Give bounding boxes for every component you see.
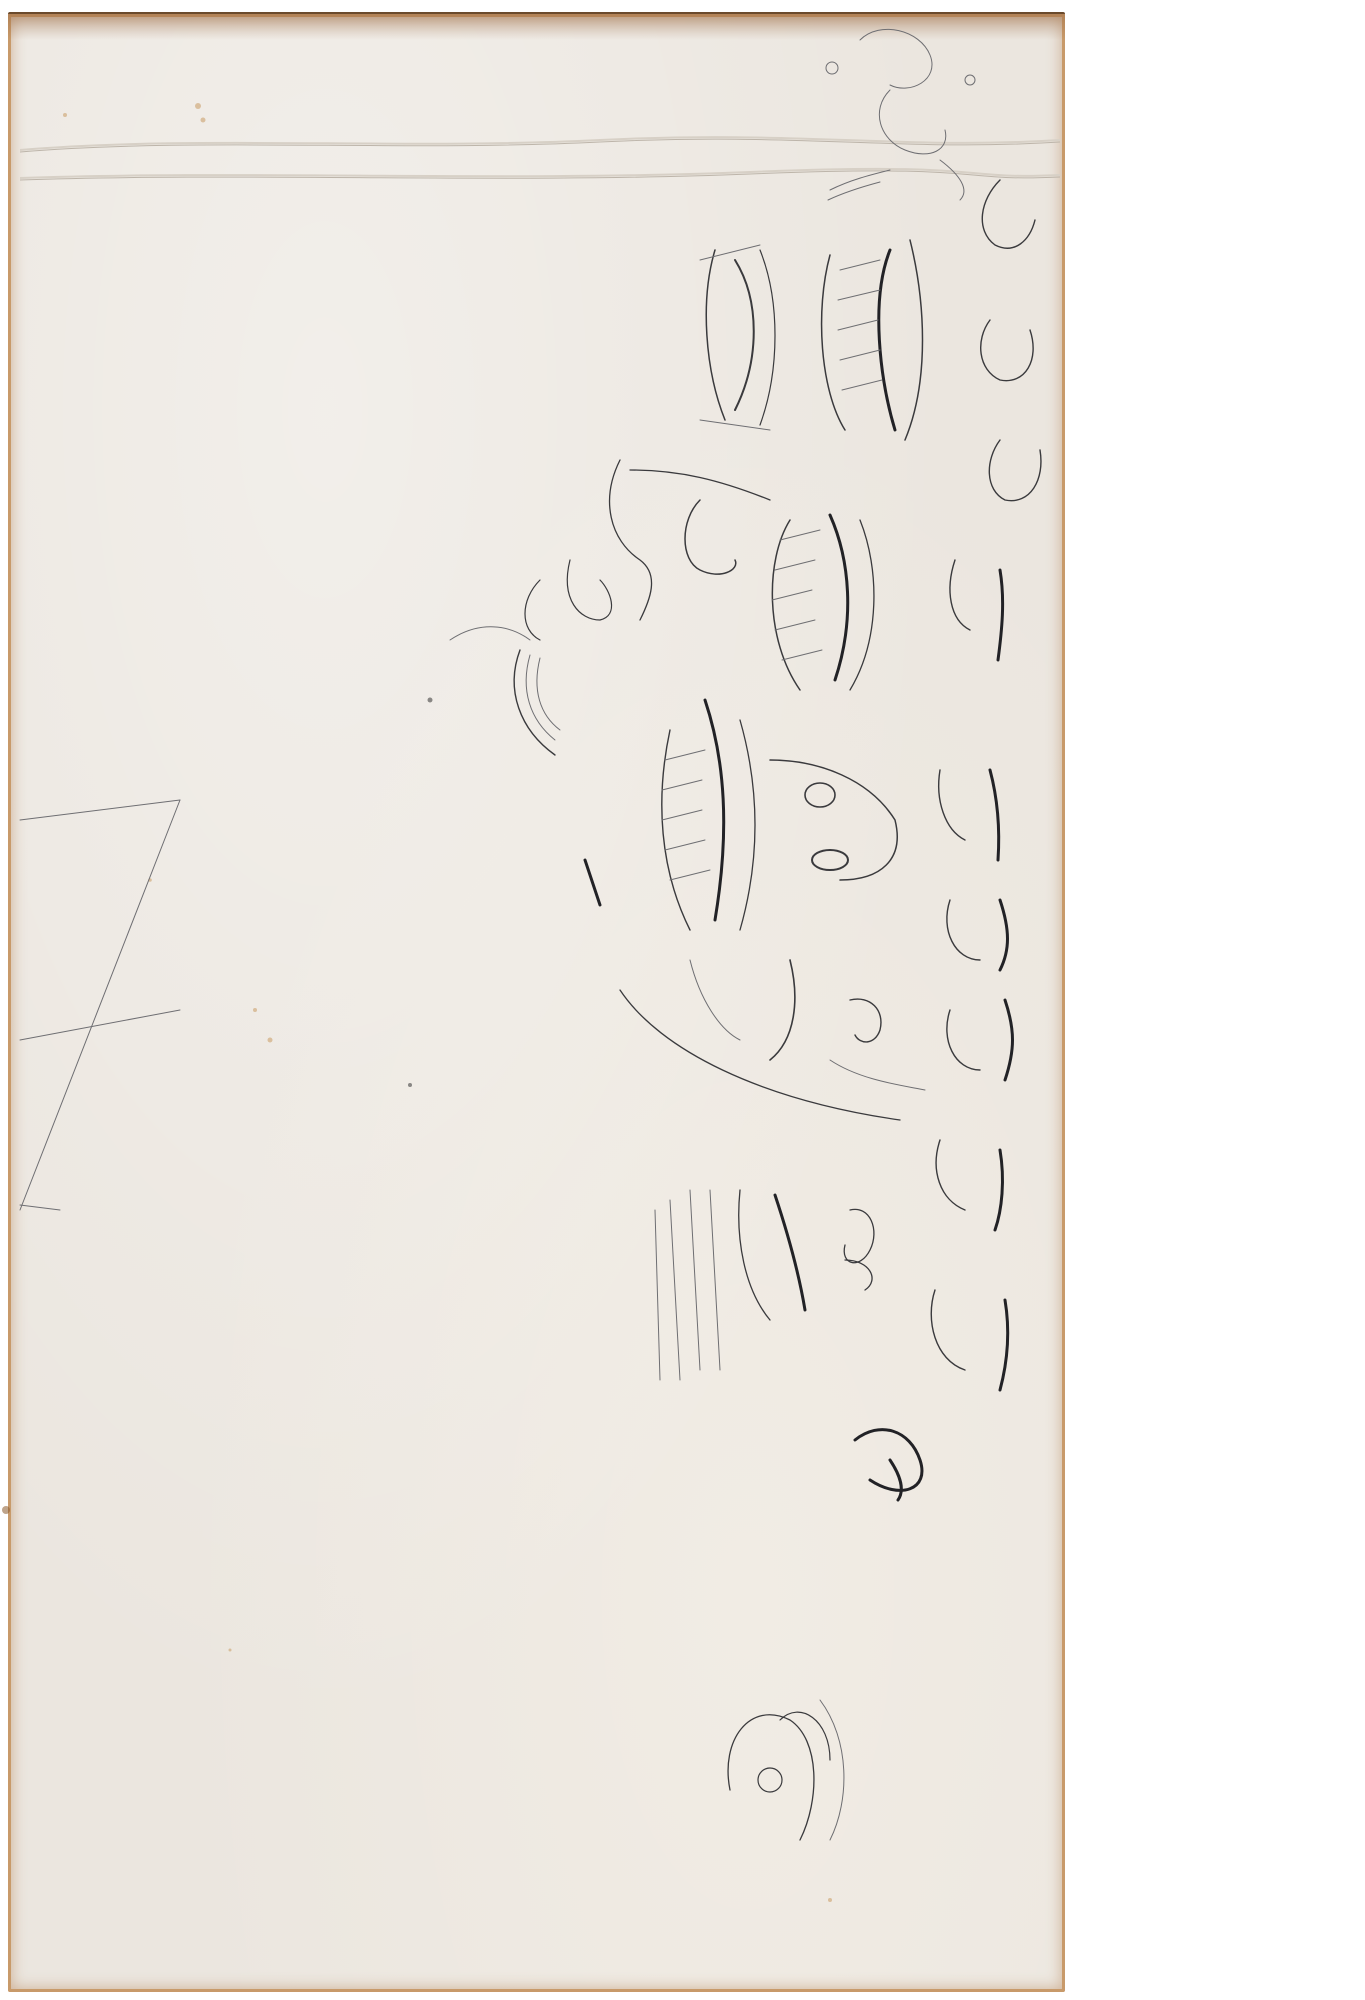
lip-profile-column (931, 180, 1041, 1390)
nose-tip-study (855, 1430, 922, 1500)
mouth-study-center (772, 515, 874, 690)
ear-study (844, 1209, 874, 1290)
eye-study-bottom (728, 1700, 844, 1840)
mouth-study-top-left (700, 245, 775, 430)
foxing-spots (2, 103, 832, 1902)
sketch-layer (0, 0, 1080, 2000)
chin-contour (514, 650, 560, 755)
lip-fragment (585, 860, 600, 905)
ornament-sketch (826, 29, 975, 200)
construction-lines (20, 800, 180, 1210)
mouth-study-left-of-nose (662, 700, 755, 930)
mouth-study-lower (655, 1190, 805, 1380)
paper-creases (20, 137, 1060, 180)
mouth-study-top-right (822, 240, 923, 440)
face-contour-lower (620, 960, 925, 1120)
nose-study-center (770, 760, 897, 880)
nose-profile-upper (450, 460, 770, 640)
